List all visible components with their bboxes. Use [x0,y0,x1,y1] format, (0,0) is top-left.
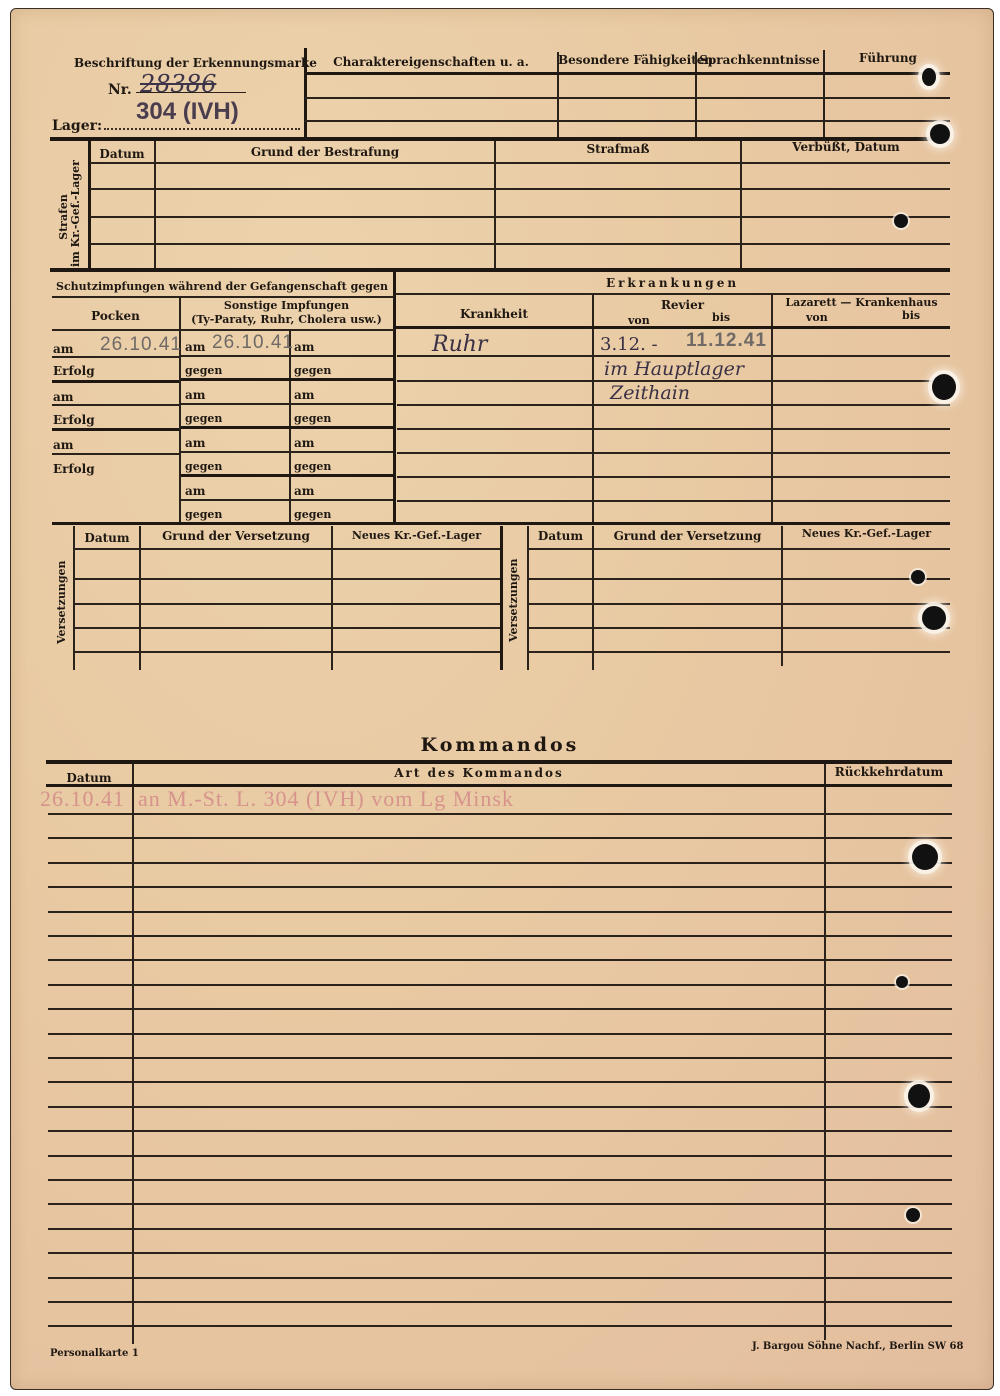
col-served-date: Verbüßt, Datum [742,140,950,154]
label-am: am [294,484,314,498]
table-rule [48,1203,952,1205]
table-rule [529,548,950,550]
punch-hole [906,1208,920,1222]
table-rule [90,216,950,218]
col-abilities: Besondere Fähigkeiten [558,53,695,67]
col-conduct: Führung [824,51,952,65]
label-gegen: gegen [185,412,222,425]
illnesses-title: Erkrankungen [395,276,950,290]
table-rule [52,380,179,383]
transfer-col-reason-right: Grund der Versetzung [594,529,781,543]
transfer-col-reason-left: Grund der Versetzung [141,529,331,543]
table-rule [48,813,952,815]
lager-dotted-line [104,128,300,130]
table-rule [48,959,952,961]
label-erfolg: Erfolg [53,413,95,427]
table-rule [48,1252,952,1254]
label-erfolg: Erfolg [53,364,95,378]
table-rule [48,1228,952,1230]
table-rule [397,428,950,430]
table-rule [52,356,179,358]
transfer-col-date-right: Datum [529,529,592,543]
col-divider [500,526,503,670]
col-revier-to: bis [712,311,730,324]
kommando-date-stamp: 26.10.41 [40,786,125,812]
transfers-side-label-right: Versetzungen [508,562,520,642]
table-rule [529,627,950,629]
table-rule [181,499,393,501]
table-rule [397,452,950,454]
table-rule [181,426,393,429]
table-rule [181,378,393,381]
table-rule [90,188,950,190]
punch-hole [932,374,956,400]
section-rule [50,268,950,272]
footer-printer: J. Bargou Söhne Nachf., Berlin SW 68 [752,1341,963,1352]
header-rule [305,120,950,122]
col-revier: Revier [594,298,771,312]
label-gegen: gegen [294,460,331,473]
transfer-col-camp-left: Neues Kr.-Gef.-Lager [333,529,500,542]
label-am: am [185,388,205,402]
table-rule [48,1008,952,1010]
section-rule [46,760,952,764]
punch-hole [930,124,950,144]
transfer-col-date-left: Datum [75,531,139,545]
table-rule [90,243,950,245]
label-gegen: gegen [185,460,222,473]
label-gegen: gegen [294,508,331,521]
table-rule [48,1179,952,1181]
kommando-type-stamp: an M.-St. L. 304 (IVH) vom Lg Minsk [138,786,514,812]
transfer-col-camp-right: Neues Kr.-Gef.-Lager [783,527,950,540]
punch-hole [922,606,946,630]
label-am: am [53,438,73,452]
table-rule [48,1057,952,1059]
punch-hole [896,976,908,988]
col-character: Charaktereigenschaften u. a. [305,55,557,69]
col-illness: Krankheit [396,307,592,321]
revier-from-value: 3.12. - [600,334,658,355]
table-rule [529,578,950,580]
punishments-side-label-2: im Kr.-Gef.-Lager [69,160,82,267]
table-rule [48,886,952,888]
col-reason: Grund der Bestrafung [156,145,494,159]
tag-inscription-label: Beschriftung der Erkennungsmarke [74,56,317,70]
table-rule [48,1155,952,1157]
label-am: am [185,436,205,450]
table-rule [52,296,394,298]
punch-hole [894,214,908,228]
table-rule [181,451,393,453]
kommando-col-date: Datum [46,771,132,785]
label-am: am [53,390,73,404]
col-hospital-to: bis [902,309,920,322]
table-rule [52,404,179,406]
table-rule [90,162,950,164]
col-date: Datum [90,147,154,161]
col-divider [740,141,742,269]
nr-underline [136,92,246,93]
label-gegen: gegen [294,364,331,377]
punch-hole [911,570,925,584]
table-rule [75,603,500,605]
label-am: am [294,436,314,450]
table-rule [52,453,179,455]
table-rule [48,1081,952,1083]
table-rule [397,404,950,406]
col-hospital: Lazarett — Krankenhaus [773,296,950,309]
table-rule [181,355,393,357]
table-rule [48,862,952,864]
lager-label: Lager: [52,118,102,134]
table-rule [48,1106,952,1108]
transfers-side-label-left: Versetzungen [56,564,68,644]
table-rule [529,603,950,605]
punch-hole [908,1084,930,1108]
section-rule [52,522,950,525]
label-am: am [185,484,205,498]
table-rule [48,935,952,937]
table-rule [395,326,950,329]
table-rule [75,651,500,653]
table-rule [395,293,950,295]
col-languages: Sprachkenntnisse [696,53,823,67]
label-erfolg: Erfolg [53,462,95,476]
header-rule [305,97,950,99]
table-rule [48,837,952,839]
col-divider [781,526,783,666]
table-rule [48,984,952,986]
punch-hole [922,68,936,86]
col-divider [494,141,496,269]
table-rule [48,1325,952,1327]
label-gegen: gegen [185,364,222,377]
nr-label: Nr. [108,82,132,98]
table-rule [529,651,950,653]
col-other-2: (Ty-Paraty, Ruhr, Cholera usw.) [180,313,393,326]
table-rule [52,428,179,431]
table-rule [75,627,500,629]
label-am: am [53,342,73,356]
col-hospital-from: von [806,311,828,324]
table-rule [75,548,500,550]
col-divider [154,141,156,269]
col-pocken: Pocken [52,309,179,323]
illness-note-2: Zeithain [610,382,690,404]
table-rule [75,578,500,580]
kommandos-title: Kommandos [0,734,1000,756]
table-rule [397,500,950,502]
revier-to-value: 11.12.41 [686,330,767,352]
label-am: am [294,340,314,354]
col-penalty: Strafmaß [496,142,740,156]
table-rule [181,403,393,405]
label-am: am [185,340,205,354]
table-rule [48,911,952,913]
lager-stamp: 304 (IVH) [136,98,239,126]
kommando-col-type: Art des Kommandos [134,766,824,780]
label-gegen: gegen [185,508,222,521]
kommando-col-return: Rückkehrdatum [826,765,952,779]
header-rule [305,72,950,75]
other-vacc-date: 26.10.41 [212,332,294,354]
col-other-1: Sonstige Impfungen [180,299,393,312]
table-rule [48,1033,952,1035]
vaccinations-title: Schutzimpfungen während der Gefangenscha… [52,280,392,293]
pocken-date-1: 26.10.41 [100,334,182,356]
illness-note-1: im Hauptlager [604,358,744,380]
table-rule [48,1130,952,1132]
table-rule [52,329,394,331]
nr-value: 28386 [140,70,216,98]
punch-hole [912,844,938,870]
table-rule [48,1277,952,1279]
illness-name: Ruhr [432,332,487,357]
footer-form-id: Personalkarte 1 [50,1348,139,1359]
punishments-side-label: Strafen im Kr.-Gef.-Lager [58,167,82,267]
table-rule [181,474,393,477]
label-am: am [294,388,314,402]
label-gegen: gegen [294,412,331,425]
table-rule [48,1301,952,1303]
table-rule [397,476,950,478]
col-divider [132,764,134,1344]
